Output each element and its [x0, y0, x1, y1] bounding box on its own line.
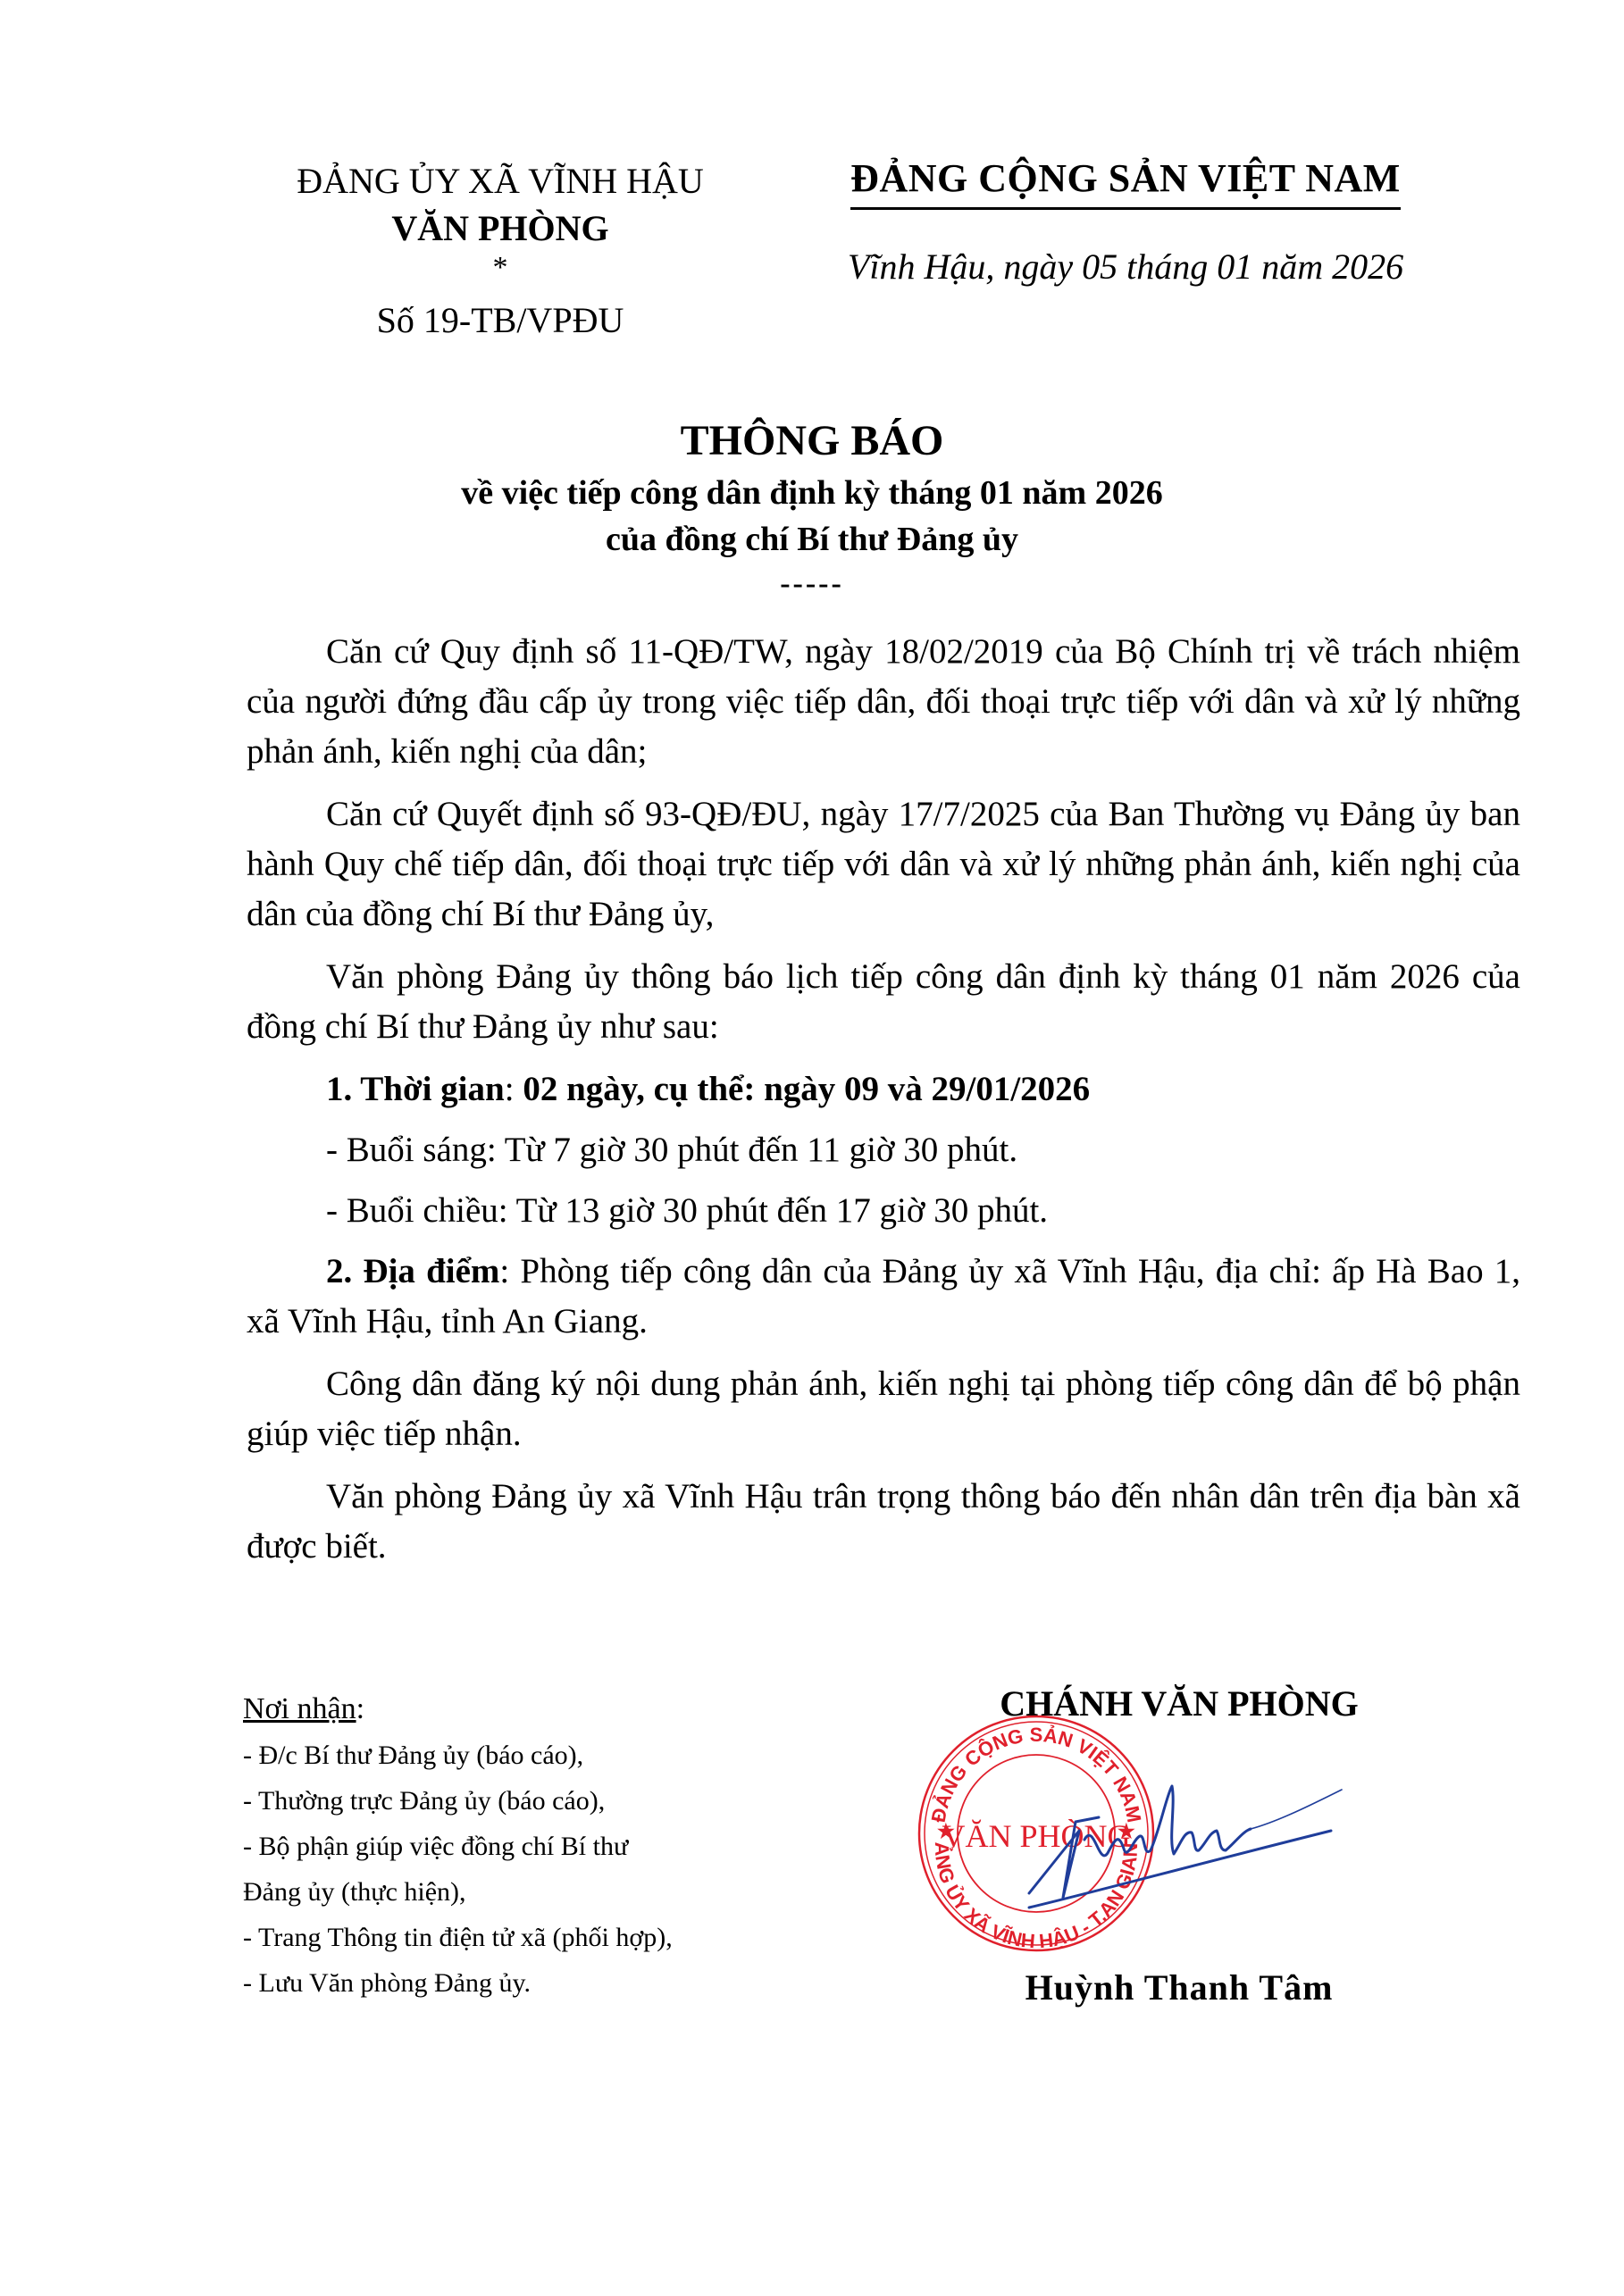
announcement-paragraph: Văn phòng Đảng ủy thông báo lịch tiếp cô…	[247, 952, 1520, 1052]
location-section: 2. Địa điểm: Phòng tiếp công dân của Đản…	[247, 1247, 1520, 1347]
national-header-block: ĐẢNG CỘNG SẢN VIỆT NAM Vĩnh Hậu, ngày 05…	[786, 152, 1465, 292]
document-subtitle-line-2: của đồng chí Bí thư Đảng ủy	[268, 516, 1356, 563]
organization-name: ĐẢNG ỦY XÃ VĨNH HẬU	[223, 156, 777, 206]
time-section: 1. Thời gian: 02 ngày, cụ thể: ngày 09 v…	[247, 1065, 1520, 1115]
recipient-item: Đảng ủy (thực hiện),	[243, 1869, 868, 1915]
registration-paragraph: Công dân đăng ký nội dung phản ánh, kiến…	[247, 1359, 1520, 1459]
closing-paragraph: Văn phòng Đảng ủy xã Vĩnh Hậu trân trọng…	[247, 1472, 1520, 1572]
time-label: 1. Thời gian	[326, 1070, 505, 1108]
office-name: VĂN PHÒNG	[223, 206, 777, 251]
document-title-block: THÔNG BÁO về việc tiếp công dân định kỳ …	[268, 413, 1356, 602]
issuing-authority-block: ĐẢNG ỦY XÃ VĨNH HẬU VĂN PHÒNG * Số 19-TB…	[223, 156, 777, 346]
time-colon: :	[505, 1070, 523, 1108]
legal-basis-paragraph-1: Căn cứ Quy định số 11-QĐ/TW, ngày 18/02/…	[247, 627, 1520, 777]
document-title: THÔNG BÁO	[268, 413, 1356, 470]
recipients-block: Nơi nhận: - Đ/c Bí thư Đảng ủy (báo cáo)…	[243, 1686, 868, 2006]
recipient-item: - Bộ phận giúp việc đồng chí Bí thư	[243, 1824, 868, 1869]
recipients-label: Nơi nhận	[243, 1692, 356, 1725]
star-divider: *	[223, 251, 777, 285]
recipients-heading: Nơi nhận:	[243, 1686, 868, 1732]
morning-schedule: - Buổi sáng: Từ 7 giờ 30 phút đến 11 giờ…	[247, 1125, 1520, 1175]
legal-basis-paragraph-2: Căn cứ Quyết định số 93-QĐ/ĐU, ngày 17/7…	[247, 789, 1520, 939]
party-name: ĐẢNG CỘNG SẢN VIỆT NAM	[850, 152, 1401, 210]
document-body: Căn cứ Quy định số 11-QĐ/TW, ngày 18/02/…	[247, 627, 1520, 1584]
location-label: 2. Địa điểm	[326, 1252, 499, 1290]
handwritten-signature-icon	[1009, 1768, 1349, 1929]
document-subtitle-line-1: về việc tiếp công dân định kỳ tháng 01 n…	[268, 470, 1356, 516]
recipient-item: - Trang Thông tin điện tử xã (phối hợp),	[243, 1915, 868, 1960]
recipient-item: - Thường trực Đảng ủy (báo cáo),	[243, 1778, 868, 1824]
recipients-label-colon: :	[356, 1692, 364, 1725]
document-number: Số 19-TB/VPĐU	[223, 296, 777, 346]
title-separator: -----	[268, 566, 1356, 602]
recipient-item: - Đ/c Bí thư Đảng ủy (báo cáo),	[243, 1732, 868, 1778]
recipient-item: - Lưu Văn phòng Đảng ủy.	[243, 1960, 868, 2006]
place-and-date: Vĩnh Hậu, ngày 05 tháng 01 năm 2026	[786, 242, 1465, 292]
time-value: 02 ngày, cụ thể: ngày 09 và 29/01/2026	[523, 1070, 1090, 1108]
afternoon-schedule: - Buổi chiều: Từ 13 giờ 30 phút đến 17 g…	[247, 1186, 1520, 1236]
signer-name: Huỳnh Thanh Tâm	[911, 1963, 1447, 2013]
